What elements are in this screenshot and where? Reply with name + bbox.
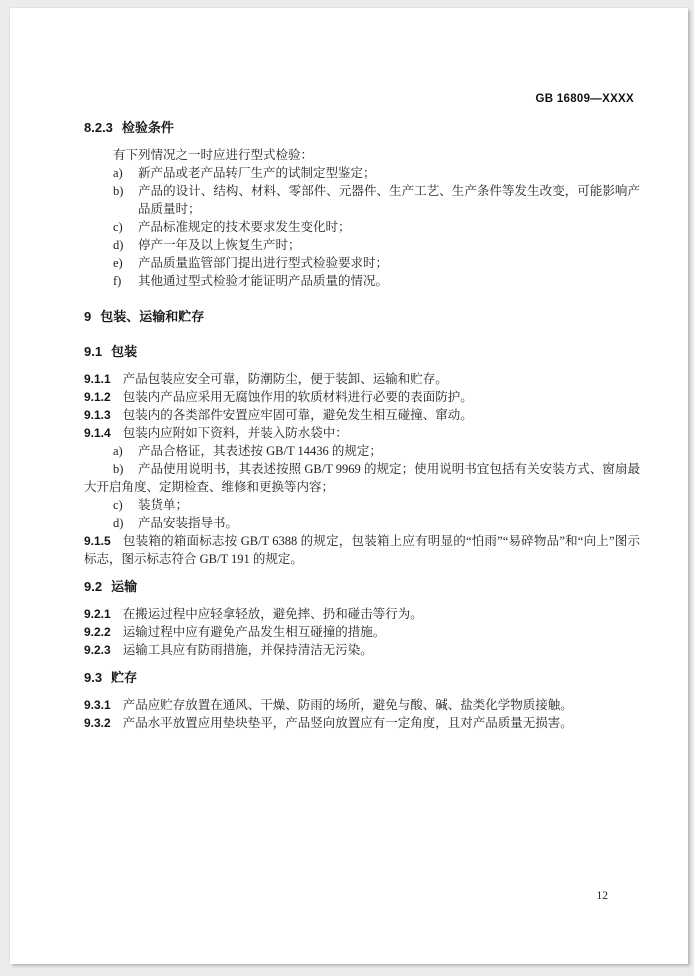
list-item-label: d) (113, 514, 138, 532)
clause-paragraph: 9.2.3运输工具应有防雨措施，并保持清洁无污染。 (84, 641, 640, 659)
section-title: 包装 (111, 344, 137, 359)
document-page: GB 16809—XXXX 8.2.3检验条件有下列情况之一时应进行型式检验：a… (10, 8, 688, 964)
clause-paragraph: 9.1.4包装内应附如下资料，并装入防水袋中： (84, 424, 640, 442)
section-title: 包装、运输和贮存 (100, 309, 204, 324)
clause-paragraph: 9.1.5包装箱的箱面标志按 GB/T 6388 的规定，包装箱上应有明显的“怕… (84, 532, 640, 568)
clause-number: 9.2.2 (84, 625, 111, 639)
list-item-label: b) (113, 182, 138, 200)
list-item-label: c) (113, 496, 138, 514)
clause-paragraph: 9.1.2包装内产品应采用无腐蚀作用的软质材料进行必要的表面防护。 (84, 388, 640, 406)
section-heading: 9.2运输 (84, 580, 640, 594)
clause-number: 9.1.5 (84, 534, 111, 548)
paragraph: 有下列情况之一时应进行型式检验： (84, 146, 640, 164)
clause-paragraph: 9.2.2运输过程中应有避免产品发生相互碰撞的措施。 (84, 623, 640, 641)
section-title: 检验条件 (122, 120, 174, 135)
section-number: 9.3 (84, 670, 102, 685)
clause-paragraph: 9.2.1在搬运过程中应轻拿轻放，避免摔、扔和碰击等行为。 (84, 605, 640, 623)
standard-code: GB 16809—XXXX (84, 92, 634, 106)
clause-number: 9.1.1 (84, 372, 111, 386)
document-body: 8.2.3检验条件有下列情况之一时应进行型式检验：a)新产品或老产品转厂生产的试… (84, 121, 640, 732)
section-heading: 9包装、运输和贮存 (84, 310, 640, 324)
clause-paragraph: 9.1.1产品包装应安全可靠，防潮防尘，便于装卸、运输和贮存。 (84, 370, 640, 388)
clause-paragraph: 9.3.2产品水平放置应用垫块垫平，产品竖向放置应有一定角度，且对产品质量无损害… (84, 714, 640, 732)
list-item: d)停产一年及以上恢复生产时； (84, 236, 640, 254)
list-item: c)装货单； (84, 496, 640, 514)
list-item: a)产品合格证，其表述按 GB/T 14436 的规定； (84, 442, 640, 460)
clause-number: 9.2.1 (84, 607, 111, 621)
clause-number: 9.1.3 (84, 408, 111, 422)
list-item: d)产品安装指导书。 (84, 514, 640, 532)
clause-number: 9.2.3 (84, 643, 111, 657)
section-title: 贮存 (111, 670, 137, 685)
clause-number: 9.3.2 (84, 716, 111, 730)
page-number: 12 (597, 890, 609, 903)
section-number: 9.2 (84, 579, 102, 594)
list-item: b)产品使用说明书，其表述按照 GB/T 9969 的规定；使用说明书宜包括有关… (84, 460, 640, 496)
section-heading: 8.2.3检验条件 (84, 121, 640, 135)
clause-paragraph: 9.3.1产品应贮存放置在通风、干燥、防雨的场所，避免与酸、碱、盐类化学物质接触… (84, 696, 640, 714)
section-heading: 9.3贮存 (84, 671, 640, 685)
list-item: c)产品标准规定的技术要求发生变化时； (84, 218, 640, 236)
section-number: 9.1 (84, 344, 102, 359)
list-item-label: a) (113, 164, 138, 182)
section-number: 8.2.3 (84, 120, 113, 135)
list-item-label: e) (113, 254, 138, 272)
list-item-label: b) (113, 460, 138, 478)
clause-number: 9.1.4 (84, 426, 111, 440)
list-item-label: f) (113, 272, 138, 290)
section-number: 9 (84, 309, 91, 324)
clause-number: 9.3.1 (84, 698, 111, 712)
section-heading: 9.1包装 (84, 345, 640, 359)
list-item: e)产品质量监管部门提出进行型式检验要求时； (84, 254, 640, 272)
list-item-label: a) (113, 442, 138, 460)
list-item-label: c) (113, 218, 138, 236)
list-item: b)产品的设计、结构、材料、零部件、元器件、生产工艺、生产条件等发生改变，可能影… (84, 182, 640, 218)
clause-number: 9.1.2 (84, 390, 111, 404)
list-item-label: d) (113, 236, 138, 254)
section-title: 运输 (111, 579, 137, 594)
clause-paragraph: 9.1.3包装内的各类部件安置应牢固可靠，避免发生相互碰撞、窜动。 (84, 406, 640, 424)
list-item: f)其他通过型式检验才能证明产品质量的情况。 (84, 272, 640, 290)
list-item: a)新产品或老产品转厂生产的试制定型鉴定； (84, 164, 640, 182)
